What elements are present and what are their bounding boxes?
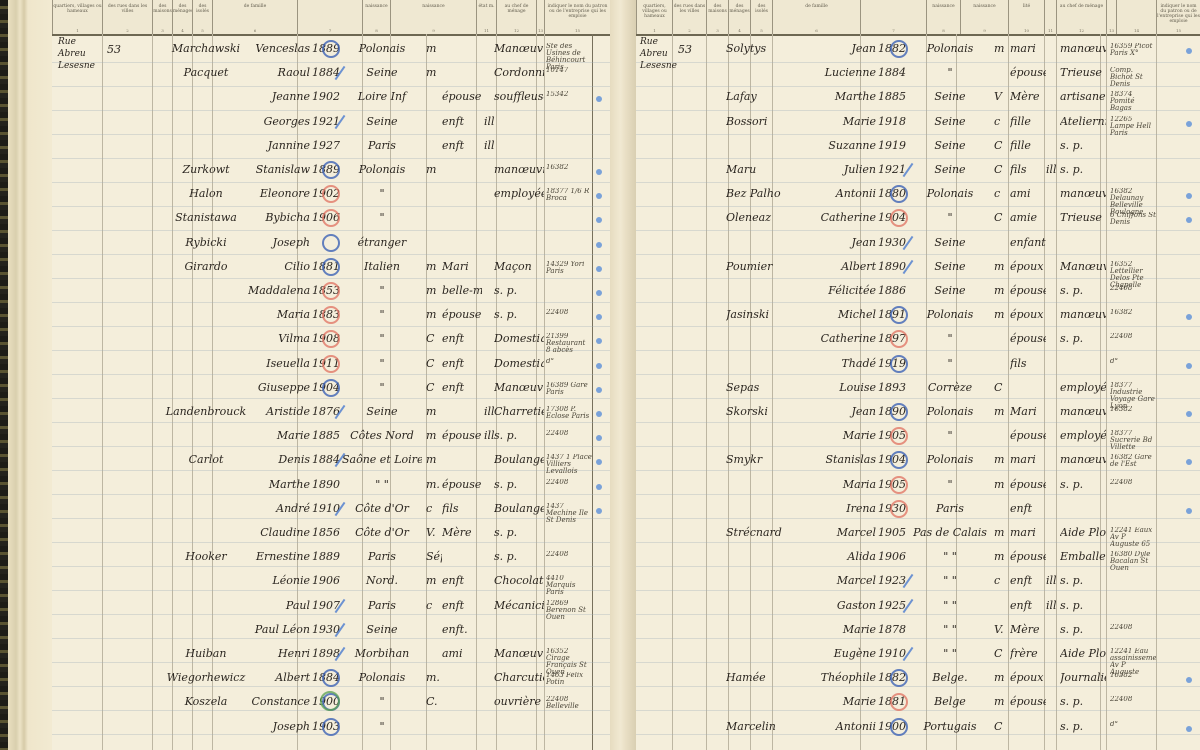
cell-birthplace: Loire Inf — [342, 90, 422, 103]
cell-employer: 22408 — [546, 430, 592, 437]
cell-birthplace: Belge. — [910, 671, 990, 684]
header-col-13: 13 — [536, 0, 544, 34]
cell-job: s. p. — [494, 284, 544, 297]
cell-year: 1902 — [312, 90, 340, 103]
cell-status: c — [994, 187, 1008, 200]
cell-status: m — [426, 429, 442, 442]
cell-employer: 22408 — [546, 479, 592, 486]
register-row: Marie1881Belgemépouses. p.22408 — [636, 691, 1200, 715]
cell-first: Léonie — [248, 574, 310, 587]
cell-surname: Smykr — [726, 453, 812, 466]
cell-birthplace: Saône et Loire — [342, 453, 422, 466]
cell-job: Trieuse — [1060, 211, 1106, 224]
blue-ink-mark — [322, 40, 340, 58]
cell-status: m — [994, 308, 1008, 321]
cell-first: Aristide — [248, 405, 310, 418]
cell-relation: Mère — [1010, 90, 1046, 103]
cell-job: s. p. — [1060, 623, 1106, 636]
cell-surname: Landenbrouck — [164, 405, 248, 418]
cell-first: Eleonore — [248, 187, 310, 200]
cell-surname: Lafay — [726, 90, 812, 103]
header-col-14: 14 — [1116, 0, 1156, 34]
register-row: MaruJulien1921SeineCfilsills. p. — [636, 159, 1200, 183]
cell-job: ouvrière — [494, 695, 544, 708]
cell-first: Henri — [248, 647, 310, 660]
cell-status: V. — [994, 623, 1008, 636]
cell-status: C — [426, 357, 442, 370]
cell-employer: 10147 — [546, 67, 592, 74]
cell-status: m — [994, 478, 1008, 491]
cell-first: Joseph — [248, 236, 310, 249]
cell-birthplace: " — [342, 381, 422, 394]
cell-job: manœuvre — [1060, 187, 1106, 200]
dot-blue-ink-mark — [596, 266, 602, 272]
cell-first: Paul Léon — [248, 623, 310, 636]
cell-birthplace: Corrèze — [910, 381, 990, 394]
cell-surname: Sepas — [726, 381, 812, 394]
dot-blue-ink-mark — [1186, 48, 1192, 54]
register-row: Bez PalhoAntonii1880Polonaiscamimanœuvre… — [636, 183, 1200, 207]
cell-surname: Koszela — [164, 695, 248, 708]
register-row: Paul1907PariscenftMécanicien12869 Bereno… — [52, 595, 610, 619]
cell-job: Manœuvre — [494, 381, 544, 394]
cell-job: s. p. — [1060, 599, 1106, 612]
blue-ink-mark — [890, 403, 908, 421]
register-row: LafayMarthe1885SeineVMèreartisane18374 P… — [636, 86, 1200, 110]
register-row: Gaston1925" "enftills. p. — [636, 595, 1200, 619]
cell-birthplace: Polonais — [342, 671, 422, 684]
cell-first: Marcel — [814, 574, 876, 587]
cell-employer: 22408 — [546, 551, 592, 558]
cell-relation: enft — [1010, 502, 1046, 515]
left-page-header: quartiers, villages ou hameaux1 des rues… — [52, 0, 610, 36]
cell-job: Manœuvre — [1060, 260, 1106, 273]
cell-employer: 21399 Restaurant 8 abcès — [546, 333, 592, 354]
cell-surname: Poumier — [726, 260, 812, 273]
register-row: SmykrStanislas1904Polonaismmarimanœuvre1… — [636, 449, 1200, 473]
dot-blue-ink-mark — [596, 290, 602, 296]
cell-first: Iseuella — [248, 357, 310, 370]
cell-first: Giuseppe — [248, 381, 310, 394]
cell-year: 1878 — [878, 623, 908, 636]
cell-surname: Zurkowt — [164, 163, 248, 176]
cell-status: V. — [426, 526, 442, 539]
cell-edu: ill — [1046, 574, 1060, 587]
cell-relation: épouse — [442, 429, 482, 442]
cell-first: Bybicha — [248, 211, 310, 224]
cell-employer: d° — [1110, 721, 1156, 728]
cell-year: 1893 — [878, 381, 908, 394]
register-row: SolytysJean1882Polonaismmarimanœuvre1635… — [636, 38, 1200, 62]
header-col-15: indiquer le nom du patron ou de l'entrep… — [544, 0, 610, 34]
header-col-4: des ménages4 — [728, 0, 750, 34]
cell-first: Jean — [814, 42, 876, 55]
cell-first: Marie — [814, 695, 876, 708]
register-row: SepasLouise1893CorrèzeCemployée18377 Ind… — [636, 377, 1200, 401]
cell-status: m — [994, 526, 1008, 539]
cell-status: m — [426, 405, 442, 418]
cell-job: artisane — [1060, 90, 1106, 103]
cell-job: Charretier — [494, 405, 544, 418]
cell-status: m — [426, 284, 442, 297]
cell-relation: fils — [442, 502, 482, 515]
cell-status: C — [994, 139, 1008, 152]
cell-birthplace: Seine — [910, 163, 990, 176]
cell-surname: Jasinski — [726, 308, 812, 321]
register-row: StrécnardMarcel1905Pas de CalaismmariAid… — [636, 522, 1200, 546]
cell-job: s. p. — [1060, 332, 1106, 345]
cell-birthplace: Polonais — [910, 405, 990, 418]
header-col-9: naissance9 — [960, 0, 1008, 34]
cell-first: Antonii — [814, 720, 876, 733]
cell-employer: 18377 Sucrerie Bd Villette — [1110, 430, 1156, 451]
cell-status: m — [994, 453, 1008, 466]
right-page-header: quartiers, villages ou hameaux1 des rues… — [636, 0, 1200, 36]
register-row: Marthe1890" "m.épouses. p.22408 — [52, 474, 610, 498]
cell-relation: épouse — [1010, 284, 1046, 297]
cell-relation: Mère — [442, 526, 482, 539]
header-col-9: naissance9 — [390, 0, 476, 34]
cell-employer: 12265 Lampe Hell Paris — [1110, 116, 1156, 137]
cell-status: c — [426, 502, 442, 515]
cell-first: Albert — [248, 671, 310, 684]
cell-birthplace: Portugais — [910, 720, 990, 733]
dot-blue-ink-mark — [596, 508, 602, 514]
cell-employer: 12241 Eaux Av P Auguste 65 — [1110, 527, 1156, 548]
cell-job: Mécanicien — [494, 599, 544, 612]
cell-job: manœuvre — [1060, 453, 1106, 466]
cell-birthplace: Pas de Calais — [910, 526, 990, 539]
cell-first: Marthe — [814, 90, 876, 103]
cell-job: Boulanger — [494, 502, 544, 515]
cell-surname: Marcelin — [726, 720, 812, 733]
header-col-2: des rues dans les villes2 — [672, 0, 706, 34]
cell-relation: épouse — [442, 478, 482, 491]
dot-blue-ink-mark — [596, 363, 602, 369]
cell-surname: Carlot — [164, 453, 248, 466]
cell-status: m — [994, 260, 1008, 273]
register-row: Marie1885Côtes Nordmépouseills. p.22408 — [52, 425, 610, 449]
register-row: Jeanne1902Loire Infépousesouffleuse15342 — [52, 86, 610, 110]
cell-status: m — [994, 695, 1008, 708]
cell-first: Maddalena — [248, 284, 310, 297]
cell-first: Louise — [814, 381, 876, 394]
header-col-1: quartiers, villages ou hameaux1 — [636, 0, 672, 34]
cell-relation: épouse — [1010, 695, 1046, 708]
cell-year: 1884 — [878, 66, 908, 79]
cell-edu: ill — [1046, 163, 1060, 176]
cell-relation: enft — [442, 357, 482, 370]
cell-status: m. — [426, 671, 442, 684]
cell-birthplace: Seine — [910, 139, 990, 152]
register-row: Eugène1910" "CfrèreAide Plombier12241 Ea… — [636, 643, 1200, 667]
header-col-5: des isolés5 — [192, 0, 212, 34]
cell-year: 1906 — [878, 550, 908, 563]
register-row: BossoriMarie1918SeinecfilleAteliernneuse… — [636, 111, 1200, 135]
cell-year: 1885 — [878, 90, 908, 103]
register-row: Félicitée1886Seinemépouses. p.22408 — [636, 280, 1200, 304]
register-row: Marcel1923" "cenftills. p. — [636, 570, 1200, 594]
register-row: Thadé1919"filsd° — [636, 353, 1200, 377]
cell-first: Ernestine — [248, 550, 310, 563]
dot-blue-ink-mark — [596, 242, 602, 248]
cell-job: s. p. — [1060, 695, 1106, 708]
cell-job: s. p. — [1060, 574, 1106, 587]
cell-surname: Hamée — [726, 671, 812, 684]
cell-birthplace: Seine — [342, 115, 422, 128]
page-edges — [8, 0, 52, 750]
header-col-12: au chef de ménage12 — [496, 0, 536, 34]
cell-first: Marie — [814, 115, 876, 128]
cell-employer: 22408 — [1110, 696, 1156, 703]
cell-first: Constance — [248, 695, 310, 708]
blue-ink-mark — [322, 258, 340, 276]
cell-job: Aide Plombier — [1060, 647, 1106, 660]
cell-first: Irena — [814, 502, 876, 515]
header-col-13: 13 — [1106, 0, 1116, 34]
cell-relation: épouse — [442, 308, 482, 321]
cell-birthplace: étranger — [342, 236, 422, 249]
cell-first: Paul — [248, 599, 310, 612]
cell-surname: Solytys — [726, 42, 812, 55]
cell-year: 1927 — [312, 139, 340, 152]
cell-first: Suzanne — [814, 139, 876, 152]
cell-job: s. p. — [494, 308, 544, 321]
cell-first: Stanislaw — [248, 163, 310, 176]
header-col-15: indiquer le nom du patron ou de l'entrep… — [1156, 0, 1200, 34]
cell-first: Venceslas — [248, 42, 310, 55]
register-row: André1910Côte d'OrcfilsBoulanger1437 Mec… — [52, 498, 610, 522]
cell-birthplace: " — [910, 211, 990, 224]
cell-job: Aide Plombier — [1060, 526, 1106, 539]
cell-job: Manœuvre — [494, 42, 544, 55]
cell-status: m. — [426, 478, 442, 491]
cell-job: Charcutier — [494, 671, 544, 684]
cell-surname: Bez Palho — [726, 187, 812, 200]
cell-employer: 16389 Gare Paris — [546, 382, 592, 396]
cell-employer: 14329 Yori Paris — [546, 261, 592, 275]
cell-birthplace: " — [910, 332, 990, 345]
cell-relation: enft. — [442, 623, 482, 636]
cell-surname: Girardo — [164, 260, 248, 273]
cell-surname: Maru — [726, 163, 812, 176]
cell-relation: épouse — [1010, 332, 1046, 345]
cell-job: employée — [1060, 429, 1106, 442]
cell-employer: 17308 P. Eclose Paris — [546, 406, 592, 420]
cell-relation: enft — [442, 599, 482, 612]
cell-status: c — [994, 574, 1008, 587]
cell-relation: frère — [1010, 647, 1046, 660]
cell-employer: 16382 — [1110, 309, 1156, 316]
cell-job: Cordonnier — [494, 66, 544, 79]
cell-year: 1906 — [312, 574, 340, 587]
cell-birthplace: Paris — [910, 502, 990, 515]
cell-birthplace: Seine — [342, 623, 422, 636]
cell-edu: ill — [1046, 599, 1060, 612]
cell-first: Antonii — [814, 187, 876, 200]
cell-birthplace: Morbihan — [342, 647, 422, 660]
cell-birthplace: " " — [910, 647, 990, 660]
cell-first: Marie — [248, 429, 310, 442]
register-row: PoumierAlbert1890SeinemépouxManœuvre1635… — [636, 256, 1200, 280]
register-row: Alida1906" "mépouseEmballeuse16380 Dyle … — [636, 546, 1200, 570]
cell-relation: fille — [1010, 139, 1046, 152]
register-row: CarlotDenis1884Saône et LoiremBoulanger1… — [52, 449, 610, 473]
cell-birthplace: Nord. — [342, 574, 422, 587]
cell-relation: épouse — [1010, 429, 1046, 442]
cell-employer: 22408 — [546, 309, 592, 316]
cell-birthplace: " — [910, 66, 990, 79]
red-ink-mark — [890, 476, 908, 494]
header-col-8: naissance8 — [362, 0, 390, 34]
cell-relation: ami — [1010, 187, 1046, 200]
right-page: quartiers, villages ou hameaux1 des rues… — [636, 0, 1200, 750]
cell-birthplace: Côte d'Or — [342, 502, 422, 515]
cell-employer: 18374 Pomité Bagas — [1110, 91, 1156, 112]
cell-relation: belle-mère — [442, 284, 482, 297]
cell-birthplace: " — [342, 284, 422, 297]
cell-birthplace: Seine — [342, 405, 422, 418]
cell-first: Gaston — [814, 599, 876, 612]
cell-relation: épouse — [442, 90, 482, 103]
cell-employer: 6 Chiffons St Denis — [1110, 212, 1156, 226]
cell-job: s. p. — [494, 526, 544, 539]
cell-surname: Oleneaz — [726, 211, 812, 224]
cell-birthplace: Seine — [342, 66, 422, 79]
cell-birthplace: " " — [910, 574, 990, 587]
cell-employer: 16380 Dyle Bacalan St Ouen — [1110, 551, 1156, 572]
cell-job: manœuvre — [494, 163, 544, 176]
cell-first: Catherine — [814, 332, 876, 345]
cell-first: Michel — [814, 308, 876, 321]
cell-first: Joseph — [248, 720, 310, 733]
cell-birthplace: Polonais — [910, 453, 990, 466]
cell-job: Manœuvre — [494, 647, 544, 660]
cell-employer: 16382 — [1110, 406, 1156, 413]
cell-employer: d° — [1110, 358, 1156, 365]
cell-first: Jeanne — [248, 90, 310, 103]
cell-relation: enfant — [1010, 236, 1046, 249]
cell-status: m — [994, 405, 1008, 418]
register-row: Paul Léon1930Seineenft. — [52, 619, 610, 643]
cell-birthplace: " " — [910, 599, 990, 612]
cell-job: Maçon — [494, 260, 544, 273]
cell-birthplace: Seine — [910, 90, 990, 103]
cell-status: c — [426, 599, 442, 612]
blue-ink-mark — [322, 234, 340, 252]
register-row: Claudine1856Côte d'OrV.Mères. p. — [52, 522, 610, 546]
cell-status: m — [426, 453, 442, 466]
cell-job: s. p. — [494, 478, 544, 491]
register-row: Georges1921Seineenftill — [52, 111, 610, 135]
left-page: quartiers, villages ou hameaux1 des rues… — [52, 0, 611, 750]
cell-employer: 22408 — [1110, 285, 1156, 292]
header-col-11: état m.11 — [476, 0, 496, 34]
cell-status: C — [994, 381, 1008, 394]
cell-birthplace: Polonais — [910, 308, 990, 321]
cell-surname: Marchawski — [164, 42, 248, 55]
register-row: Marie1905"épouseemployée18377 Sucrerie B… — [636, 425, 1200, 449]
dot-blue-ink-mark — [596, 169, 602, 175]
cell-birthplace: Italien — [342, 260, 422, 273]
cell-birthplace: " — [910, 357, 990, 370]
header-col-8: naissance8 — [926, 0, 960, 34]
cell-surname: Skorski — [726, 405, 812, 418]
cell-first: Marie — [814, 623, 876, 636]
cell-edu: ill — [484, 115, 498, 128]
cell-surname: Huiban — [164, 647, 248, 660]
register-row: Suzanne1919SeineCfilles. p. — [636, 135, 1200, 159]
register-row: JasinskiMichel1891Polonaismépouxmanœuvre… — [636, 304, 1200, 328]
cell-employer: 1463 Félix Potin — [546, 672, 592, 686]
cell-job: s. p. — [1060, 163, 1106, 176]
register-row: OleneazCatherine1904"CamieTrieuse6 Chiff… — [636, 207, 1200, 231]
cell-relation: Mère — [1010, 623, 1046, 636]
register-row: Catherine1897"épouses. p.22408 — [636, 328, 1200, 352]
cell-birthplace: " " — [910, 550, 990, 563]
header-col-4: des ménages4 — [172, 0, 192, 34]
cell-birthplace: " — [342, 720, 422, 733]
cell-birthplace: Belge — [910, 695, 990, 708]
cell-job: souffleuse — [494, 90, 544, 103]
cell-relation: enft — [442, 574, 482, 587]
cell-status: m — [426, 260, 442, 273]
cell-relation: époux — [1010, 308, 1046, 321]
register-row: Jannine1927Parisenftill — [52, 135, 610, 159]
header-col-11: 11 — [1044, 0, 1056, 34]
cell-surname: Wiegorhewicz — [164, 671, 248, 684]
cell-job: Ateliernneuse — [1060, 115, 1106, 128]
cell-first: Eugène — [814, 647, 876, 660]
cell-surname: Pacquet — [164, 66, 248, 79]
cell-birthplace: Paris — [342, 550, 422, 563]
cell-employer: 1437 Mechine Ile St Denis — [546, 503, 592, 524]
cell-status: m — [426, 163, 442, 176]
cell-employer: 1437 1 Place Villiers Levallois — [546, 454, 592, 475]
cell-first: Denis — [248, 453, 310, 466]
register-row: HuibanHenri1898MorbihanamiManœuvre16352 … — [52, 643, 610, 667]
header-col-3: des maisons3 — [706, 0, 728, 34]
register-row: SkorskiJean1890PolonaismMarimanœuvre1638… — [636, 401, 1200, 425]
cell-first: Jean — [814, 405, 876, 418]
cell-relation: enft — [442, 332, 482, 345]
cell-birthplace: " — [342, 308, 422, 321]
cell-employer: 22408 — [1110, 479, 1156, 486]
cell-relation: épouse — [1010, 66, 1046, 79]
cell-birthplace: " " — [910, 623, 990, 636]
cell-surname: Rybicki — [164, 236, 248, 249]
cell-relation: amie — [1010, 211, 1046, 224]
dot-blue-ink-mark — [596, 484, 602, 490]
cell-first: Lucienne — [814, 66, 876, 79]
cell-birthplace: Seine — [910, 284, 990, 297]
cell-year: 1918 — [878, 115, 908, 128]
cell-birthplace: Polonais — [910, 42, 990, 55]
register-row: Léonie1906Nord.menftChocolatière4410 Mar… — [52, 570, 610, 594]
header-col-5: des isolés5 — [750, 0, 772, 34]
cell-employer: 15342 — [546, 91, 592, 98]
blue-ink-mark — [322, 161, 340, 179]
header-col-3: des maisons3 — [152, 0, 172, 34]
cell-year: 1886 — [878, 284, 908, 297]
cell-status: m — [426, 66, 442, 79]
cell-status: C. — [426, 695, 442, 708]
cell-relation: fils — [1010, 357, 1046, 370]
header-col-7: 7 — [860, 0, 926, 34]
cell-first: Stanislas — [814, 453, 876, 466]
dot-blue-ink-mark — [1186, 121, 1192, 127]
cell-employer: 16359 Picot Paris X° — [1110, 43, 1156, 57]
